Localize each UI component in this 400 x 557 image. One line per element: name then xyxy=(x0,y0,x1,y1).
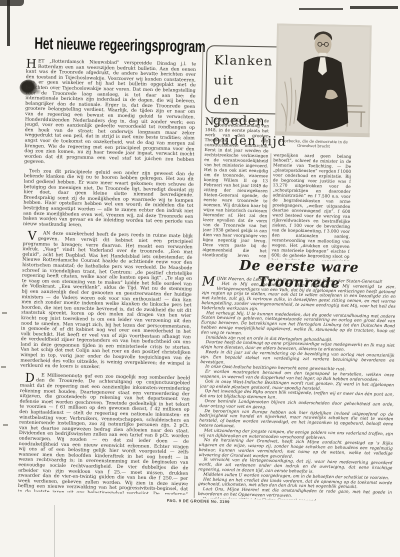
page-content: Het nieuwe regeeringsprogram HET „Rotter… xyxy=(0,0,400,557)
paragraph-text: Toch zou dit principieele geluid een and… xyxy=(23,168,194,228)
article-paragraph: DE Millioenennota gaf een zoo mogelijk n… xyxy=(18,372,190,494)
article-paragraph: HET „Rotterdamsch Nieuwsblad” verspreidd… xyxy=(24,59,196,168)
troonrede-paragraph: Het is Mij een genoegen U, Mijne Heeren!… xyxy=(201,281,396,314)
paragraph-text: AN deze onzekerheid heeft de pers reeds … xyxy=(20,231,193,370)
drop-cap: M xyxy=(202,277,216,287)
photo-caption: Thorbecke, die de democratie in de Grond… xyxy=(270,138,356,153)
main-article-column: HET „Rotterdamsch Nieuwsblad” verspreidd… xyxy=(18,59,196,495)
right-column-text: werpelijken aard geen belang behoeft”, s… xyxy=(271,152,351,260)
article-paragraph: Toch zou dit principieele geluid een and… xyxy=(23,169,194,231)
page-footer: PAG. 9 DE GROENE No. 3199 xyxy=(151,498,246,510)
photo-caption-text: Thorbecke, die de democratie in de Grond… xyxy=(271,138,357,149)
article-paragraph: NEDERLAND is sinds de grondwetsherzienin… xyxy=(202,117,269,259)
paragraph-text: E Millioenennota gaf een zoo mogelijk no… xyxy=(18,372,190,494)
box-article-column: NEDERLAND is sinds de grondwetsherzienin… xyxy=(202,117,269,259)
drop-cap: D xyxy=(20,373,35,383)
main-article-text: HET „Rotterdamsch Nieuwsblad” verspreidd… xyxy=(18,59,196,495)
newspaper-page: Het nieuwe regeeringsprogram HET „Rotter… xyxy=(0,0,400,557)
troonrede-text: MIJNE Heeren, de Leden van de Eerste en … xyxy=(198,276,396,502)
page-footer-text: PAG. 9 DE GROENE No. 3199 xyxy=(151,498,246,504)
paragraph-text: ET „Rotterdamsch Nieuwsblad” verspreidde… xyxy=(24,59,196,165)
paragraph-text: EDERLAND is sinds de grondwetsherziening… xyxy=(202,117,269,259)
main-headline: Het nieuwe regeeringsprogram xyxy=(34,35,205,57)
drop-cap: H xyxy=(26,59,37,69)
drop-cap: V xyxy=(23,231,37,241)
drop-cap: N xyxy=(205,117,214,125)
right-column: werpelijken aard geen belang behoeft”, s… xyxy=(271,152,351,260)
article-paragraph: VAN deze onzekerheid heeft de pers reeds… xyxy=(20,231,193,372)
portrait-illustration xyxy=(275,23,372,137)
box-article-text: NEDERLAND is sinds de grondwetsherzienin… xyxy=(202,117,269,259)
troonrede-section: MIJNE Heeren, de Leden van de Eerste en … xyxy=(198,276,396,502)
thorbecke-portrait xyxy=(275,23,372,137)
